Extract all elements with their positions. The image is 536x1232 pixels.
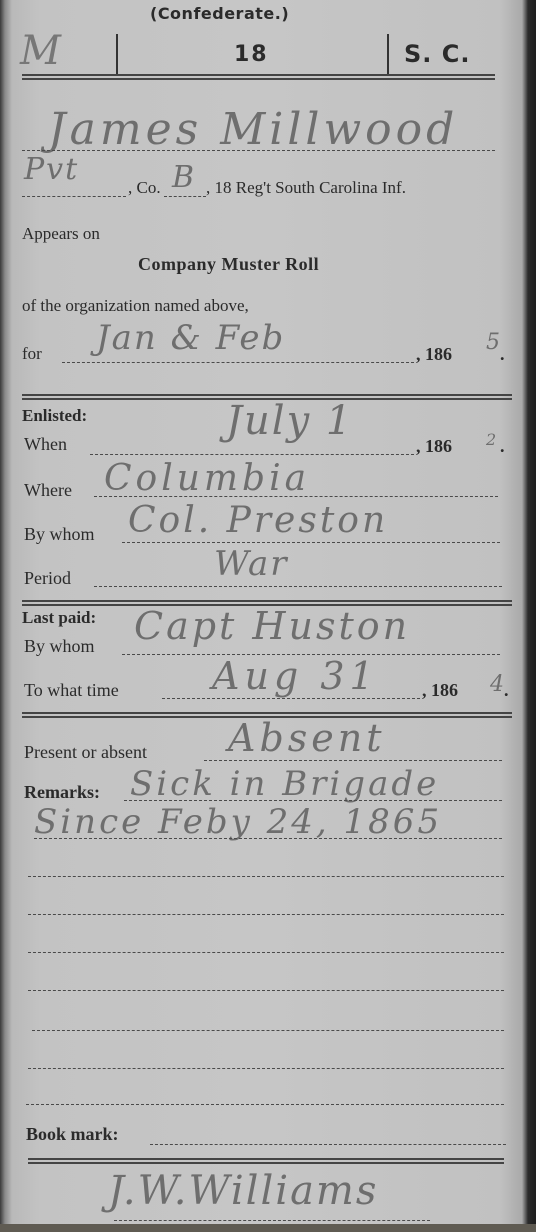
roll-type: Company Muster Roll [138, 254, 319, 275]
blank-line-7 [26, 1104, 504, 1105]
soldier-name: James Millwood [48, 104, 458, 155]
signature-line [114, 1220, 430, 1221]
book-mark-line [150, 1144, 506, 1145]
roll-period-value: Jan & Feb [96, 318, 285, 358]
enlisted-where-label: Where [24, 480, 72, 501]
remarks-rule-1 [124, 800, 502, 801]
enlisted-where-value: Columbia [104, 458, 310, 499]
where-line [94, 496, 498, 497]
enlisted-by-whom-value: Col. Preston [128, 500, 388, 541]
remarks-rule-2 [34, 838, 502, 839]
clerk-signature: J.W.Williams [108, 1168, 378, 1214]
unit-text: , 18 Reg't South Carolina Inf. [206, 178, 406, 198]
enlisted-by-whom-label: By whom [24, 524, 95, 545]
enlisted-period-label: Period [24, 568, 71, 589]
company-line [164, 196, 206, 197]
enlisted-when-value: July 1 [226, 398, 353, 444]
when-line [90, 454, 414, 455]
blank-line-6 [28, 1068, 504, 1069]
confederate-caption: (Confederate.) [150, 4, 289, 23]
appears-on-label: Appears on [22, 224, 100, 244]
paid-year-prefix: , 186 [422, 680, 458, 701]
remarks-label: Remarks: [24, 782, 100, 803]
blank-line-1 [28, 876, 504, 877]
footer-rule [28, 1158, 504, 1164]
for-label: for [22, 344, 42, 364]
roll-year-suffix: . [500, 344, 505, 365]
when-year-prefix: , 186 [416, 436, 452, 457]
to-what-time-value: Aug 31 [212, 654, 379, 698]
book-mark-label: Book mark: [26, 1124, 119, 1145]
muster-roll-card: (Confederate.) M 18 S. C. James Millwood… [0, 0, 536, 1224]
enlisted-period-value: War [214, 544, 289, 584]
remarks-line-1: Sick in Brigade [130, 764, 439, 804]
period-line [94, 586, 502, 587]
enlisted-by-whom-line [122, 542, 500, 543]
blank-line-4 [28, 990, 504, 991]
remarks-line-2: Since Feby 24, 1865 [34, 802, 442, 842]
company-prefix: , Co. [128, 178, 161, 198]
last-paid-by-whom-value: Capt Huston [134, 604, 410, 648]
blank-line-5 [32, 1030, 504, 1031]
roll-year-digit: 5 [486, 330, 500, 355]
present-line [204, 760, 502, 761]
present-or-absent-label: Present or absent [24, 742, 147, 763]
roll-year-prefix: , 186 [416, 344, 452, 365]
when-year-suffix: . [500, 436, 505, 457]
paid-year-digit: 4 [490, 672, 504, 697]
initial-letter: M [20, 28, 63, 74]
enlisted-when-label: When [24, 434, 67, 455]
to-what-time-line [162, 698, 420, 699]
blank-line-2 [28, 914, 504, 915]
last-paid-label: Last paid: [22, 608, 96, 628]
header-divider-right [387, 34, 389, 76]
organization-label: of the organization named above, [22, 296, 249, 316]
paid-year-suffix: . [504, 680, 509, 701]
to-what-time-label: To what time [24, 680, 119, 701]
company-value: B [172, 160, 196, 195]
enlisted-label: Enlisted: [22, 406, 87, 426]
regiment-number: 18 [234, 42, 269, 67]
blank-line-3 [28, 952, 504, 953]
name-line [22, 150, 495, 151]
last-paid-by-whom-label: By whom [24, 636, 95, 657]
rank-value: Pvt [24, 152, 79, 187]
for-line [62, 362, 414, 363]
present-or-absent-value: Absent [228, 716, 386, 760]
state-abbrev: S. C. [404, 40, 471, 68]
when-year-digit: 2 [486, 430, 496, 449]
rank-line [22, 196, 126, 197]
header-divider-left [116, 34, 118, 76]
header-rule [22, 74, 495, 80]
